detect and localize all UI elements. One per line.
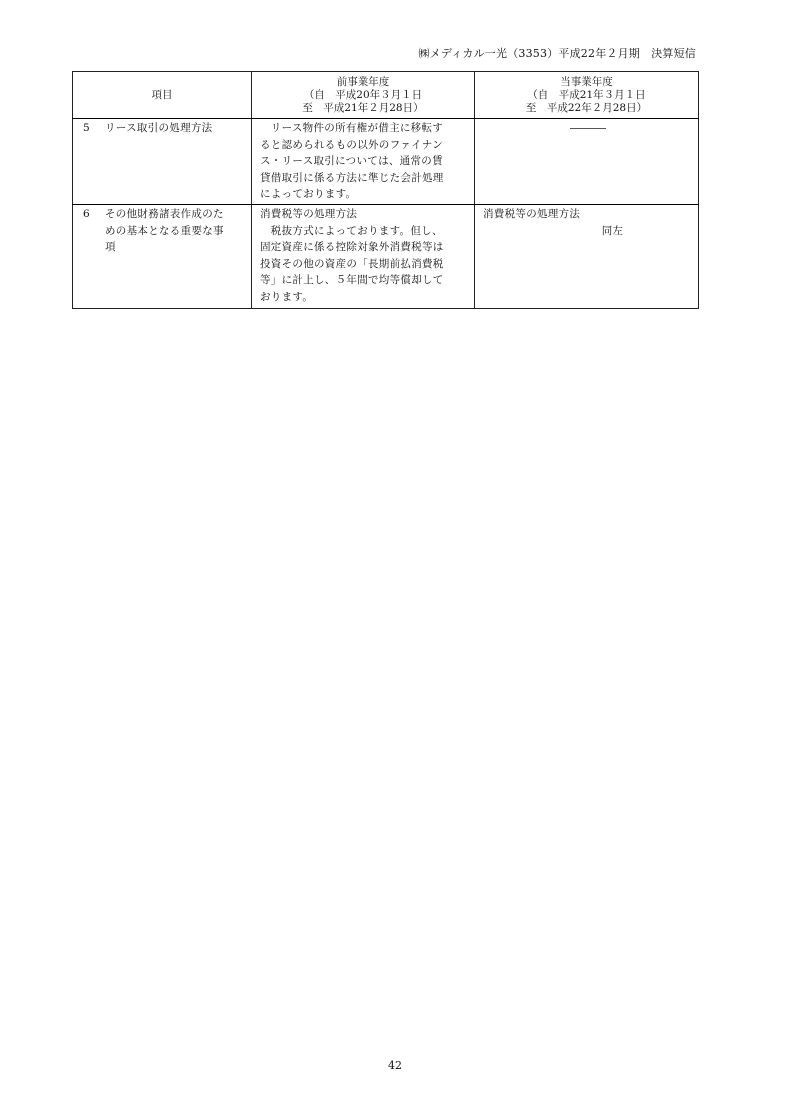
text-line: リース物件の所有権が借主に移転す	[260, 120, 468, 137]
text-line: によっております。	[260, 186, 468, 203]
current-year-from: （自 平成21年３月１日	[475, 89, 698, 102]
table-header-row: 項目 前事業年度 （自 平成20年３月１日 至 平成21年２月28日） 当事業年…	[73, 72, 699, 119]
previous-year-cell: 消費税等の処理方法 税抜方式によっております。但し、 固定資産に係る控除対象外消…	[252, 205, 475, 309]
item-label: リース取引の処理方法	[105, 120, 247, 137]
item-label-line: その他財務諸表作成のた	[105, 206, 247, 223]
text-line: 貸借取引に係る方法に準じた会計処理	[260, 170, 468, 187]
item-cell: 6 その他財務諸表作成のた めの基本となる重要な事 項	[73, 205, 252, 309]
text-line: 固定資産に係る控除対象外消費税等は	[260, 239, 468, 256]
text-line: 税抜方式によっております。但し、	[260, 223, 468, 240]
text-line: ス・リース取引については、通常の賃	[260, 153, 468, 170]
column-header-item: 項目	[73, 72, 252, 119]
previous-year-from: （自 平成20年３月１日	[252, 89, 474, 102]
text-line: おります。	[260, 289, 468, 306]
table-row-other-policies: 6 その他財務諸表作成のた めの基本となる重要な事 項 消費税等の処理方法 税抜…	[73, 205, 699, 309]
current-year-cell: 消費税等の処理方法 同左	[475, 205, 699, 309]
page-number: 42	[0, 1059, 790, 1072]
previous-year-title: 前事業年度	[252, 76, 474, 89]
column-header-previous-year: 前事業年度 （自 平成20年３月１日 至 平成21年２月28日）	[252, 72, 475, 119]
text-line: 投資その他の資産の「長期前払消費税	[260, 256, 468, 273]
accounting-policy-table: 項目 前事業年度 （自 平成20年３月１日 至 平成21年２月28日） 当事業年…	[72, 71, 699, 309]
item-number: 6	[83, 206, 105, 256]
not-applicable-dash	[570, 128, 606, 129]
table-row-lease: 5 リース取引の処理方法 リース物件の所有権が借主に移転す ると認められるもの以…	[73, 119, 699, 205]
current-year-cell	[475, 119, 699, 205]
previous-year-cell: リース物件の所有権が借主に移転す ると認められるもの以外のファイナン ス・リース…	[252, 119, 475, 205]
current-year-to: 至 平成22年２月28日）	[475, 102, 698, 115]
item-label-line: 項	[105, 239, 247, 256]
text-line: ると認められるもの以外のファイナン	[260, 137, 468, 154]
cell-heading: 消費税等の処理方法	[260, 206, 468, 223]
same-as-left-text: 同左	[533, 223, 692, 240]
previous-year-to: 至 平成21年２月28日）	[252, 102, 474, 115]
page-header: ㈱メディカル一光（3353）平成22年２月期 決算短信	[418, 45, 696, 61]
cell-heading: 消費税等の処理方法	[483, 206, 692, 223]
current-year-title: 当事業年度	[475, 76, 698, 89]
item-number: 5	[83, 120, 105, 137]
item-cell: 5 リース取引の処理方法	[73, 119, 252, 205]
text-line: 等」に計上し、５年間で均等償却して	[260, 272, 468, 289]
column-header-current-year: 当事業年度 （自 平成21年３月１日 至 平成22年２月28日）	[475, 72, 699, 119]
column-header-item-label: 項目	[73, 89, 251, 102]
item-label: その他財務諸表作成のた めの基本となる重要な事 項	[105, 206, 247, 256]
item-label-line: めの基本となる重要な事	[105, 223, 247, 240]
